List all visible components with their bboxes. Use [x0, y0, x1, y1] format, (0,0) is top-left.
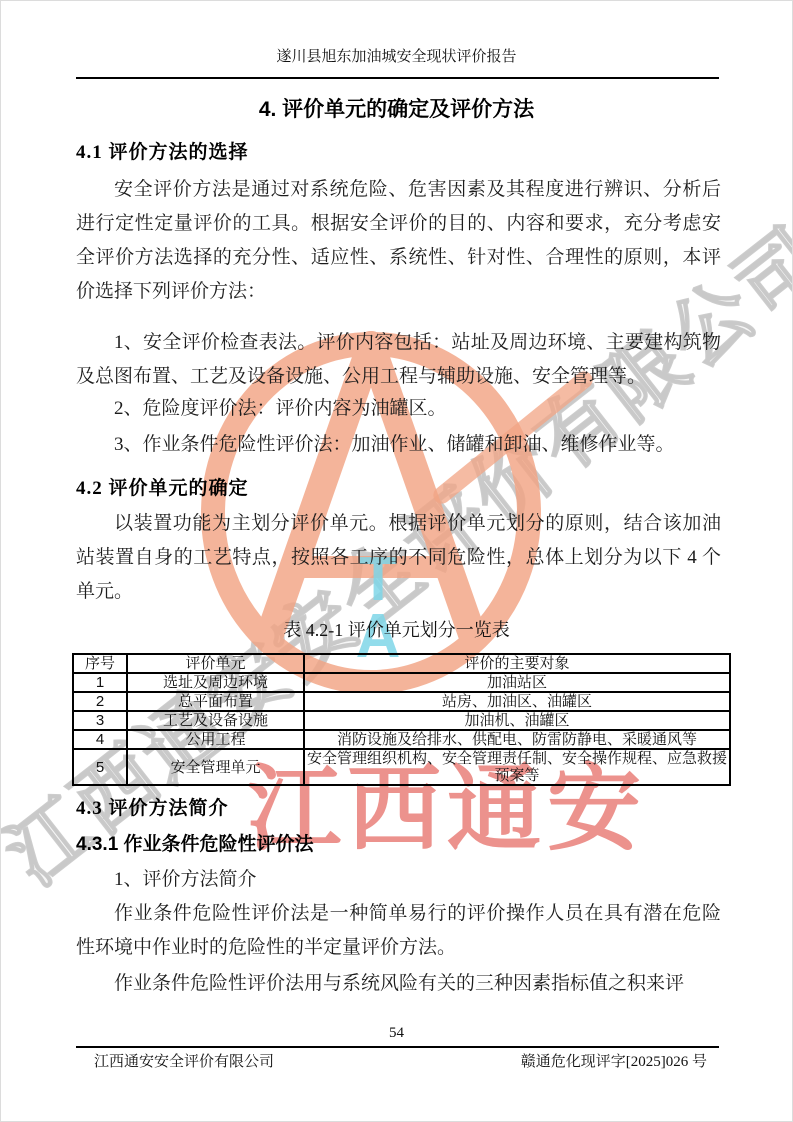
footer-doc-number: 赣通危化现评字[2025]026 号 — [521, 1050, 719, 1071]
col-header-objects: 评价的主要对象 — [304, 654, 730, 673]
table-row: 3 工艺及设备设施 加油机、油罐区 — [73, 711, 730, 730]
cell-objects: 加油机、油罐区 — [304, 711, 730, 730]
table-row: 4 公用工程 消防设施及给排水、供配电、防雷防静电、采暖通风等 — [73, 730, 730, 749]
paragraph-4-2-intro: 以装置功能为主划分评价单元。根据评价单元划分的原则，结合该加油站装置自身的工艺特… — [76, 507, 721, 609]
cell-no: 2 — [73, 692, 127, 711]
page-header-title: 遂川县旭东加油城安全现状评价报告 — [1, 45, 792, 66]
heading-4-1: 4.1 评价方法的选择 — [76, 137, 249, 164]
cell-unit: 工艺及设备设施 — [127, 711, 304, 730]
cell-objects: 安全管理组织机构、安全管理责任制、安全操作规程、应急救援预案等 — [304, 749, 730, 785]
page-number: 54 — [1, 1025, 792, 1042]
col-header-no: 序号 — [73, 654, 127, 673]
header-rule — [76, 77, 719, 79]
footer-company: 江西通安安全评价有限公司 — [76, 1050, 274, 1071]
col-header-unit: 评价单元 — [127, 654, 304, 673]
document-page: 江西通安安全评价有限公司 T A 江西通安 遂川县旭东加油城安全现状评价报告 4… — [0, 0, 793, 1122]
cell-no: 3 — [73, 711, 127, 730]
paragraph-4-1-intro: 安全评价方法是通过对系统危险、危害因素及其程度进行辨识、分析后进行定性定量评价的… — [76, 173, 721, 309]
table-header-row: 序号 评价单元 评价的主要对象 — [73, 654, 730, 673]
list-item-1: 1、安全评价检查表法。评价内容包括：站址及周边环境、主要建构筑物及总图布置、工艺… — [76, 326, 721, 394]
cell-objects: 消防设施及给排水、供配电、防雷防静电、采暖通风等 — [304, 730, 730, 749]
heading-4-2: 4.2 评价单元的确定 — [76, 473, 249, 500]
heading-4-3-1: 4.3.1 作业条件危险性评价法 — [76, 829, 314, 856]
cell-unit: 总平面布置 — [127, 692, 304, 711]
cell-no: 4 — [73, 730, 127, 749]
cell-no: 1 — [73, 673, 127, 692]
table-row: 5 安全管理单元 安全管理组织机构、安全管理责任制、安全操作规程、应急救援预案等 — [73, 749, 730, 785]
cell-unit: 选址及周边环境 — [127, 673, 304, 692]
subheading-method-intro: 1、评价方法简介 — [76, 863, 721, 897]
cell-objects: 加油站区 — [304, 673, 730, 692]
paragraph-4-3-1-a: 作业条件危险性评价法是一种简单易行的评价操作人员在具有潜在危险性环境中作业时的危… — [76, 897, 721, 965]
page-footer: 江西通安安全评价有限公司 赣通危化现评字[2025]026 号 — [76, 1050, 719, 1071]
footer-rule — [76, 1046, 719, 1048]
list-item-3: 3、作业条件危险性评价法：加油作业、储罐和卸油、维修作业等。 — [76, 428, 721, 462]
cell-no: 5 — [73, 749, 127, 785]
table-row: 1 选址及周边环境 加油站区 — [73, 673, 730, 692]
page-content: 遂川县旭东加油城安全现状评价报告 4. 评价单元的确定及评价方法 4.1 评价方… — [1, 1, 792, 1121]
paragraph-4-3-1-b: 作业条件危险性评价法用与系统风险有关的三种因素指标值之积来评 — [76, 967, 721, 1001]
table-row: 2 总平面布置 站房、加油区、油罐区 — [73, 692, 730, 711]
heading-4-3: 4.3 评价方法简介 — [76, 793, 229, 820]
evaluation-unit-table: 序号 评价单元 评价的主要对象 1 选址及周边环境 加油站区 2 总平面布置 站… — [72, 653, 731, 786]
table-caption: 表 4.2-1 评价单元划分一览表 — [1, 616, 792, 642]
cell-unit: 公用工程 — [127, 730, 304, 749]
list-item-2: 2、危险度评价法：评价内容为油罐区。 — [76, 392, 721, 426]
cell-objects: 站房、加油区、油罐区 — [304, 692, 730, 711]
cell-unit: 安全管理单元 — [127, 749, 304, 785]
chapter-title: 4. 评价单元的确定及评价方法 — [1, 93, 792, 123]
